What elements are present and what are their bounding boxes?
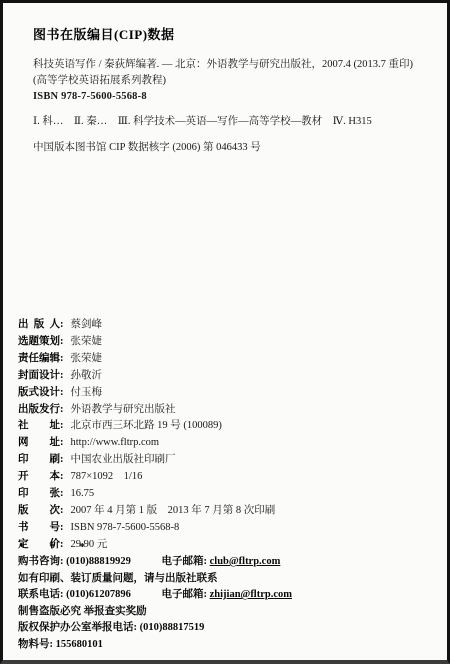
pub-row-colon: : xyxy=(60,471,64,482)
cip-classification-line: Ⅰ. 科… Ⅱ. 秦… Ⅲ. 科学技术—英语—写作—高等学校—教材 Ⅳ. H31… xyxy=(33,114,437,130)
pub-row-website: 网址:http://www.fltrp.com xyxy=(18,435,275,452)
copyright-report-line: 版权保护办公室举报电话: (010)88817519 xyxy=(18,620,292,637)
pub-row-colon: : xyxy=(60,404,64,415)
cip-registration-line: 中国版本图书馆 CIP 数据核字 (2006) 第 046433 号 xyxy=(33,140,437,156)
pub-row-label: 版次 xyxy=(18,503,60,520)
contact-phone-label: 联系电话: xyxy=(18,589,64,600)
material-number-line: 物料号: 155680101 xyxy=(18,637,292,654)
pub-row-address: 社址:北京市西三环北路 19 号 (100089) xyxy=(18,418,275,435)
pub-row-value: 2007 年 4 月第 1 版 2013 年 7 月第 8 次印刷 xyxy=(71,505,276,516)
email-label: 电子邮箱: xyxy=(162,589,208,600)
pub-row-value: 787×1092 1/16 xyxy=(71,471,143,482)
pub-row-label: 印张 xyxy=(18,486,60,503)
pub-row-value: 张荣婕 xyxy=(71,353,103,364)
pub-row-layout-design: 版式设计:付玉梅 xyxy=(18,385,275,402)
contact-phone-line: 联系电话: (010)61207896 电子邮箱: zhijian@fltrp.… xyxy=(18,587,292,604)
pub-row-label: 社址 xyxy=(18,418,60,435)
pub-row-label: 责任编辑 xyxy=(18,351,60,368)
cip-isbn-line: ISBN 978-7-5600-5568-8 xyxy=(33,89,437,105)
pub-row-publisher: 出版发行:外语教学与研究出版社 xyxy=(18,402,275,419)
book-copyright-page: 图书在版编目(CIP)数据 科技英语写作 / 秦荻辉编著. — 北京：外语教学与… xyxy=(0,0,450,664)
pub-row-value: 蔡剑峰 xyxy=(71,319,103,330)
pub-row-sheets: 印张:16.75 xyxy=(18,486,275,503)
pub-row-value: ISBN 978-7-5600-5568-8 xyxy=(71,522,180,533)
pub-row-printer: 印刷:中国农业出版社印刷厂 xyxy=(18,452,275,469)
pub-row-format: 开本:787×1092 1/16 xyxy=(18,469,275,486)
contact-phone: (010)61207896 xyxy=(66,589,131,600)
pub-row-colon: : xyxy=(60,336,64,347)
pub-row-value: http://www.fltrp.com xyxy=(71,437,160,448)
pub-row-value: 外语教学与研究出版社 xyxy=(71,404,176,415)
pub-row-cover-design: 封面设计:孙敬沂 xyxy=(18,368,275,385)
pub-row-colon: : xyxy=(60,420,64,431)
pub-row-label: 网址 xyxy=(18,435,60,452)
cip-series-line: (高等学校英语拓展系列教程) xyxy=(33,73,437,89)
pub-row-label: 开本 xyxy=(18,469,60,486)
pub-row-colon: : xyxy=(60,488,64,499)
email-label: 电子邮箱: xyxy=(162,556,208,567)
purchase-email-text: club@fltrp.com xyxy=(210,556,281,567)
pub-row-colon: : xyxy=(60,437,64,448)
pub-row-colon: : xyxy=(60,522,64,533)
purchase-inquiry-label: 购书咨询: xyxy=(18,556,64,567)
cip-block: 图书在版编目(CIP)数据 科技英语写作 / 秦荻辉编著. — 北京：外语教学与… xyxy=(33,24,437,156)
pub-row-label: 出版发行 xyxy=(18,402,60,419)
anti-piracy-line: 制售盗版必究 举报查实奖励 xyxy=(18,604,292,621)
pub-row-label: 印刷 xyxy=(18,452,60,469)
pub-row-label: 书号 xyxy=(18,520,60,537)
cip-description-line: 科技英语写作 / 秦荻辉编著. — 北京：外语教学与研究出版社，2007.4 (… xyxy=(33,57,437,73)
pub-row-value: 张荣婕 xyxy=(71,336,103,347)
pub-row-topic-planner: 选题策划:张荣婕 xyxy=(18,334,275,351)
pub-row-label: 出版人 xyxy=(18,317,60,334)
contact-block: 购书咨询: (010)88819929 电子邮箱: club@fltrp.com… xyxy=(18,554,292,654)
pub-row-colon: : xyxy=(60,319,64,330)
pub-row-colon: : xyxy=(60,387,64,398)
pub-row-book-number: 书号:ISBN 978-7-5600-5568-8 xyxy=(18,520,275,537)
pub-row-value: 16.75 xyxy=(71,488,95,499)
cip-title: 图书在版编目(CIP)数据 xyxy=(33,24,437,43)
pub-row-colon: : xyxy=(60,353,64,364)
pub-row-edition: 版次:2007 年 4 月第 1 版 2013 年 7 月第 8 次印刷 xyxy=(18,503,275,520)
pub-row-colon: : xyxy=(60,370,64,381)
pub-row-value: 中国农业出版社印刷厂 xyxy=(71,454,176,465)
quality-note-line: 如有印刷、装订质量问题，请与出版社联系 xyxy=(18,571,292,588)
pub-row-label: 版式设计 xyxy=(18,385,60,402)
pub-row-value: 北京市西三环北路 19 号 (100089) xyxy=(71,420,222,431)
pub-row-label: 选题策划 xyxy=(18,334,60,351)
quality-report-email-text: zhijian@fltrp.com xyxy=(210,589,292,600)
pub-row-colon: : xyxy=(60,505,64,516)
pub-row-publisher-person: 出版人:蔡剑峰 xyxy=(18,317,275,334)
pub-row-value: 付玉梅 xyxy=(71,387,103,398)
purchase-phone: (010)88819929 xyxy=(66,556,131,567)
pub-row-colon: : xyxy=(60,454,64,465)
pub-row-label: 封面设计 xyxy=(18,368,60,385)
purchase-inquiry-line: 购书咨询: (010)88819929 电子邮箱: club@fltrp.com xyxy=(18,554,292,571)
publication-info-block: 出版人:蔡剑峰 选题策划:张荣婕 责任编辑:张荣婕 封面设计:孙敬沂 版式设计:… xyxy=(18,317,275,554)
pub-row-editor: 责任编辑:张荣婕 xyxy=(18,351,275,368)
pub-row-value: 孙敬沂 xyxy=(71,370,103,381)
stars-separator: * * * xyxy=(19,541,85,553)
